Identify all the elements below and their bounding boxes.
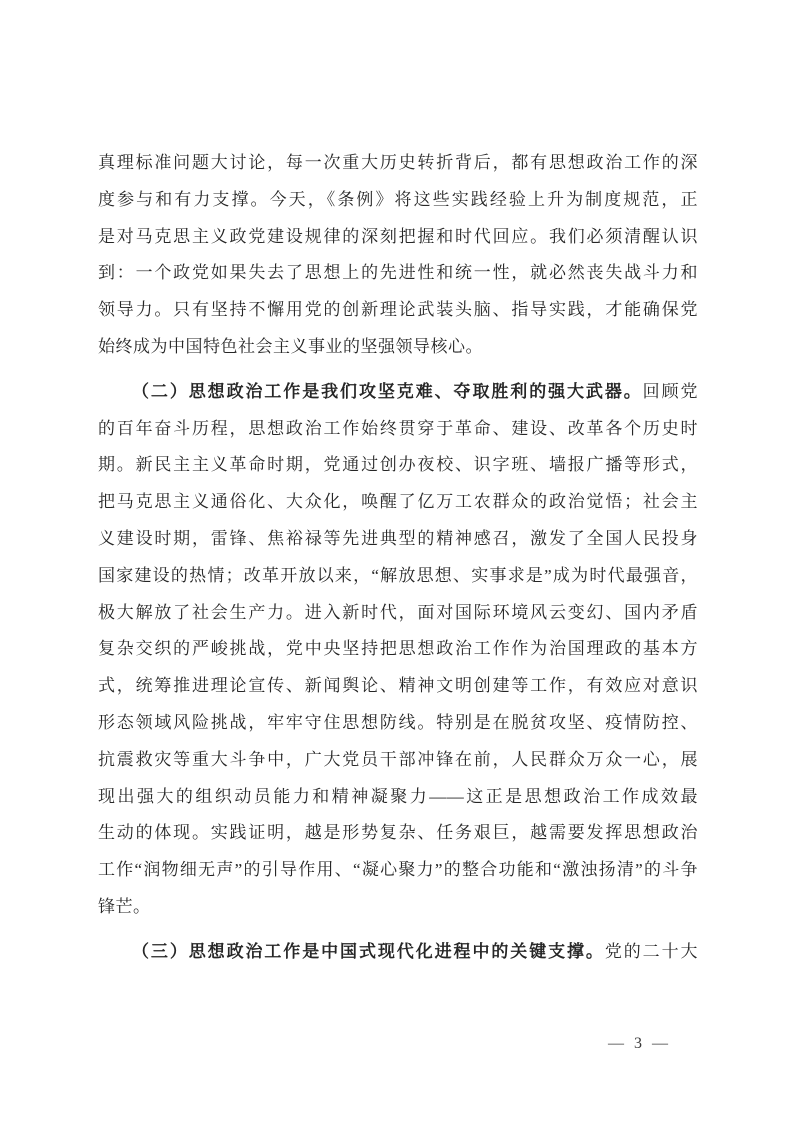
body-text: 式，统筹推进理论宣传、新闻舆论、精神文明创建等工作，有效应对意识 <box>98 676 698 695</box>
body-text: 工作“润物细无声”的引导作用、“凝心聚力”的整合功能和“激浊扬清”的斗争 <box>98 860 698 879</box>
body-text: 领导力。只有坚持不懈用党的创新理论武装头脑、指导实践，才能确保党 <box>98 300 698 319</box>
body-text: 抗震救灾等重大斗争中，广大党员干部冲锋在前，人民群众万众一心，展 <box>98 750 698 769</box>
text-line: 是对马克思主义政党建设规律的深刻把握和时代回应。我们必须清醒认识 <box>98 219 698 256</box>
body-text: 国家建设的热情；改革开放以来，“解放思想、实事求是”成为时代最强音， <box>98 566 698 585</box>
page-number: — 3 — <box>608 1032 671 1056</box>
text-line: 把马克思主义通俗化、大众化，唤醒了亿万工农群众的政治觉悟；社会主 <box>98 484 698 521</box>
body-text: 期。新民主主义革命时期，党通过创办夜校、识字班、墙报广播等形式， <box>98 455 698 474</box>
body-text: 度参与和有力支撑。今天，《条例》将这些实践经验上升为制度规范，正 <box>98 190 698 209</box>
text-line: 义建设时期，雷锋、焦裕禄等先进典型的精神感召，激发了全国人民投身 <box>98 521 698 558</box>
body-text: 形态领域风险挑战，牢牢守住思想防线。特别是在脱贫攻坚、疫情防控、 <box>98 713 698 732</box>
body-text: 到：一个政党如果失去了思想上的先进性和统一性，就必然丧失战斗力和 <box>98 263 698 282</box>
body-text: 极大解放了社会生产力。进入新时代，面对国际环境风云变幻、国内矛盾 <box>98 603 698 622</box>
text-line: 锋芒。 <box>98 889 698 926</box>
text-line: 形态领域风险挑战，牢牢守住思想防线。特别是在脱贫攻坚、疫情防控、 <box>98 705 698 742</box>
body-text: 是对马克思主义政党建设规律的深刻把握和时代回应。我们必须清醒认识 <box>98 227 698 246</box>
body-text: 把马克思主义通俗化、大众化，唤醒了亿万工农群众的政治觉悟；社会主 <box>98 492 698 511</box>
text-line: （二）思想政治工作是我们攻坚克难、夺取胜利的强大武器。回顾党 <box>98 374 698 411</box>
body-text: 回顾党 <box>643 382 698 401</box>
text-line: 真理标准问题大讨论，每一次重大历史转折背后，都有思想政治工作的深 <box>98 145 698 182</box>
text-line: 生动的体现。实践证明，越是形势复杂、任务艰巨，越需要发挥思想政治 <box>98 815 698 852</box>
body-text: 始终成为中国特色社会主义事业的坚强领导核心。 <box>98 337 483 356</box>
body-text: 生动的体现。实践证明，越是形势复杂、任务艰巨，越需要发挥思想政治 <box>98 823 698 842</box>
document-body: 真理标准问题大讨论，每一次重大历史转折背后，都有思想政治工作的深度参与和有力支撑… <box>98 145 698 971</box>
text-line: 复杂交织的严峻挑战，党中央坚持把思想政治工作作为治国理政的基本方 <box>98 631 698 668</box>
body-text: 义建设时期，雷锋、焦裕禄等先进典型的精神感召，激发了全国人民投身 <box>98 529 698 548</box>
body-text: 真理标准问题大讨论，每一次重大历史转折背后，都有思想政治工作的深 <box>98 153 698 172</box>
section-heading-text: （三）思想政治工作是中国式现代化进程中的关键支撑。 <box>132 942 605 961</box>
text-line: 国家建设的热情；改革开放以来，“解放思想、实事求是”成为时代最强音， <box>98 558 698 595</box>
text-line: 领导力。只有坚持不懈用党的创新理论武装头脑、指导实践，才能确保党 <box>98 292 698 329</box>
text-line: 始终成为中国特色社会主义事业的坚强领导核心。 <box>98 329 698 366</box>
body-text: 现出强大的组织动员能力和精神凝聚力——这正是思想政治工作成效最 <box>98 787 698 806</box>
text-line: 极大解放了社会生产力。进入新时代，面对国际环境风云变幻、国内矛盾 <box>98 595 698 632</box>
section-heading-text: （二）思想政治工作是我们攻坚克难、夺取胜利的强大武器。 <box>132 382 643 401</box>
paragraph-section-2: （二）思想政治工作是我们攻坚克难、夺取胜利的强大武器。回顾党的百年奋斗历程，思想… <box>98 374 698 926</box>
text-line: 度参与和有力支撑。今天，《条例》将这些实践经验上升为制度规范，正 <box>98 182 698 219</box>
text-line: 到：一个政党如果失去了思想上的先进性和统一性，就必然丧失战斗力和 <box>98 255 698 292</box>
text-line: 期。新民主主义革命时期，党通过创办夜校、识字班、墙报广播等形式， <box>98 447 698 484</box>
paragraph-continuation: 真理标准问题大讨论，每一次重大历史转折背后，都有思想政治工作的深度参与和有力支撑… <box>98 145 698 366</box>
body-text: 锋芒。 <box>98 897 151 916</box>
body-text: 党的二十大 <box>605 942 698 961</box>
body-text: 的百年奋斗历程，思想政治工作始终贯穿于革命、建设、改革各个历史时 <box>98 419 698 438</box>
text-line: 的百年奋斗历程，思想政治工作始终贯穿于革命、建设、改革各个历史时 <box>98 411 698 448</box>
document-page: 真理标准问题大讨论，每一次重大历史转折背后，都有思想政治工作的深度参与和有力支撑… <box>0 0 793 1122</box>
text-line: 现出强大的组织动员能力和精神凝聚力——这正是思想政治工作成效最 <box>98 779 698 816</box>
body-text: 复杂交织的严峻挑战，党中央坚持把思想政治工作作为治国理政的基本方 <box>98 639 698 658</box>
text-line: （三）思想政治工作是中国式现代化进程中的关键支撑。党的二十大 <box>98 934 698 971</box>
paragraph-section-3: （三）思想政治工作是中国式现代化进程中的关键支撑。党的二十大 <box>98 934 698 971</box>
text-line: 式，统筹推进理论宣传、新闻舆论、精神文明创建等工作，有效应对意识 <box>98 668 698 705</box>
text-line: 工作“润物细无声”的引导作用、“凝心聚力”的整合功能和“激浊扬清”的斗争 <box>98 852 698 889</box>
text-line: 抗震救灾等重大斗争中，广大党员干部冲锋在前，人民群众万众一心，展 <box>98 742 698 779</box>
